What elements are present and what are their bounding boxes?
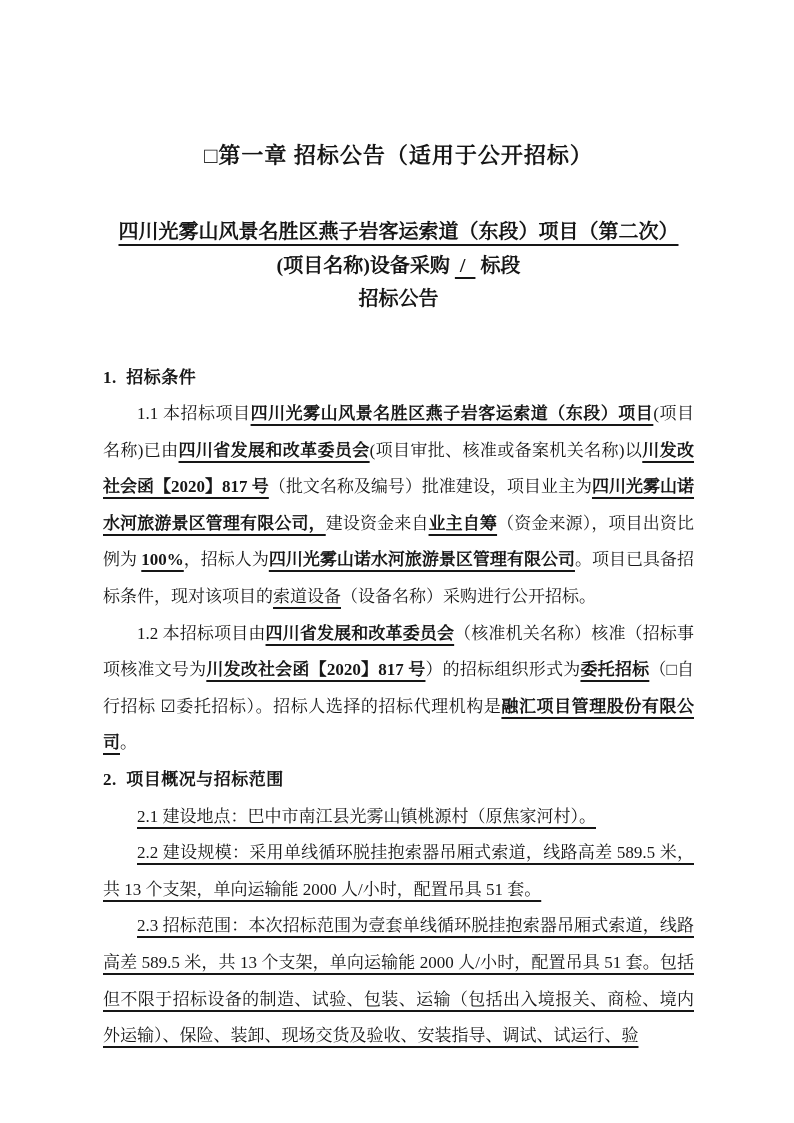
- chapter-heading: □第一章 招标公告（适用于公开招标）: [103, 139, 694, 172]
- text-run: 1. 招标条件: [103, 368, 196, 387]
- paragraph-2-2: 2.2 建设规模：采用单线循环脱挂抱索器吊厢式索道，线路高差 589.5 米，共…: [103, 835, 694, 908]
- text-run: 四川省发展和改革委员会: [179, 441, 370, 460]
- title-block: 四川光雾山风景名胜区燕子岩客运索道（东段）项目（第二次） (项目名称)设备采购 …: [103, 216, 694, 317]
- section-heading-2: 2. 项目概况与招标范围: [103, 762, 694, 799]
- text-run: ，招标人为: [184, 550, 269, 569]
- text-run: 标段: [475, 255, 520, 277]
- text-run: 业主自筹: [429, 514, 498, 533]
- text-run: 委托招标: [580, 660, 649, 679]
- project-title-line1: 四川光雾山风景名胜区燕子岩客运索道（东段）项目（第二次）: [103, 216, 694, 250]
- section-heading-1: 1. 招标条件: [103, 360, 694, 397]
- text-run: /: [455, 255, 476, 277]
- paragraph-2-3: 2.3 招标范围：本次招标范围为壹套单线循环脱挂抱索器吊厢式索道，线路高差 58…: [103, 908, 694, 1054]
- text-run: 2.2 建设规模：采用单线循环脱挂抱索器吊厢式索道，线路高差 589.5 米，共…: [103, 843, 694, 899]
- text-run: （批文名称及编号）批准建设，项目业主为: [269, 477, 592, 496]
- text-run: 2.1 建设地点：巴中市南江县光雾山镇桃源村（原焦家河村）。: [137, 807, 596, 826]
- text-run: 1.2 本招标项目由: [137, 624, 266, 643]
- project-title-line2: (项目名称)设备采购 / 标段: [103, 250, 694, 284]
- text-run: ）的招标组织形式为: [425, 660, 580, 679]
- paragraph-1-1: 1.1 本招标项目四川光雾山风景名胜区燕子岩客运索道（东段）项目(项目名称)已由…: [103, 396, 694, 616]
- document-page: □第一章 招标公告（适用于公开招标） 四川光雾山风景名胜区燕子岩客运索道（东段）…: [0, 0, 794, 1123]
- paragraph-1-2: 1.2 本招标项目由四川省发展和改革委员会（核准机关名称）核准（招标事项核准文号…: [103, 616, 694, 762]
- text-run: 建设资金来自: [326, 514, 429, 533]
- text-run: (项目名称)设备采购: [277, 255, 455, 277]
- text-run: 四川省发展和改革委员会: [266, 624, 455, 643]
- text-run: （设备名称）采购进行公开招标。: [341, 587, 596, 606]
- text-run: 1.1 本招标项目: [137, 404, 251, 423]
- text-run: (项目审批、核准或备案机关名称)以: [370, 441, 643, 460]
- text-run: 100%: [141, 550, 184, 569]
- text-run: 2. 项目概况与招标范围: [103, 770, 284, 789]
- text-run: 索道设备: [273, 587, 341, 606]
- text-run: 四川光雾山风景名胜区燕子岩客运索道（东段）项目: [251, 404, 654, 423]
- text-run: 川发改社会函【2020】817 号: [206, 660, 425, 679]
- text-run: 。: [120, 733, 137, 752]
- paragraph-2-1: 2.1 建设地点：巴中市南江县光雾山镇桃源村（原焦家河村）。: [103, 799, 694, 836]
- document-body: 1. 招标条件1.1 本招标项目四川光雾山风景名胜区燕子岩客运索道（东段）项目(…: [103, 360, 694, 1055]
- text-run: 2.3 招标范围：本次招标范围为壹套单线循环脱挂抱索器吊厢式索道，线路高差 58…: [103, 916, 694, 1045]
- text-run: 四川光雾山诺水河旅游景区管理有限公司: [269, 550, 575, 569]
- announcement-title: 招标公告: [103, 283, 694, 317]
